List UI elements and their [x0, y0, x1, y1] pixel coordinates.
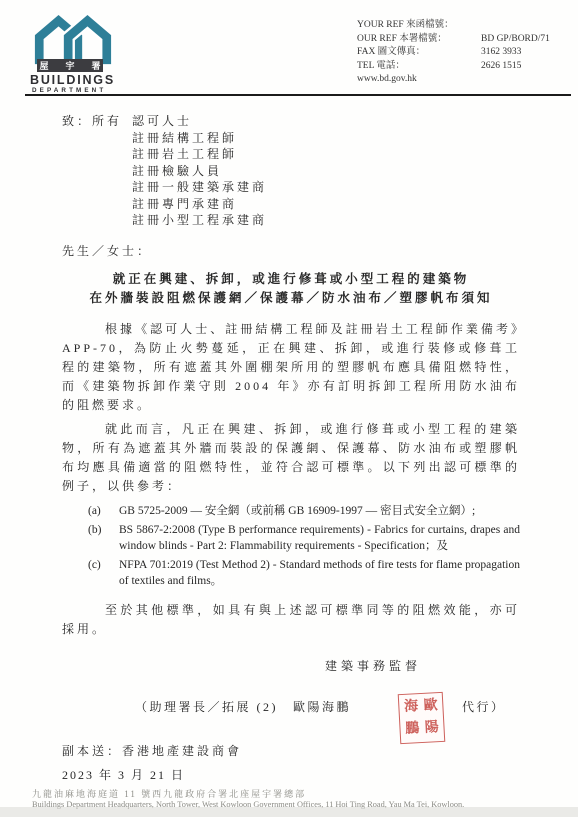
logo-english-line2: DEPARTMENT: [32, 87, 116, 94]
standard-label: (b): [88, 523, 119, 554]
paragraph-1: 根據《認可人士、註冊結構工程師及註冊岩土工程師作業備考》APP-70，為防止火勢…: [62, 320, 520, 415]
letter-page: 屋宇署 BUILDINGS DEPARTMENT YOUR REF 來函檔號： …: [0, 0, 578, 817]
recipient-item: 註冊小型工程承建商: [132, 212, 267, 229]
logo-chinese-text: 屋宇署: [39, 59, 117, 72]
ref-row-fax: FAX 圖文傳真： 3162 3933: [357, 46, 550, 60]
recipient-item: 註冊岩土工程師: [132, 146, 267, 163]
reference-block: YOUR REF 來函檔號： OUR REF 本署檔號： BD GP/BORD/…: [357, 19, 550, 87]
recipient-item: 註冊結構工程師: [132, 130, 267, 147]
paragraph-2: 就此而言，凡正在興建、拆卸，或進行修葺或小型工程的建築物，所有為遮蓋其外牆而裝設…: [62, 420, 520, 496]
ref-value: BD GP/BORD/71: [481, 33, 550, 47]
bd-houses-icon: [30, 12, 116, 66]
header-divider: [25, 94, 571, 96]
paragraph-3: 至於其他標準，如具有與上述認可標準同等的阻燃效能，亦可採用。: [62, 601, 520, 639]
ref-value: [481, 19, 550, 33]
seal-char: 陽: [422, 717, 443, 740]
seal-char: 鵬: [402, 718, 423, 741]
letter-title-line1: 就正在興建、拆卸，或進行修葺或小型工程的建築物: [62, 270, 520, 289]
building-authority-title: 建築事務監督: [325, 657, 520, 674]
ref-label: OUR REF 本署檔號：: [357, 33, 481, 47]
recipient-list: 認可人士 註冊結構工程師 註冊岩土工程師 註冊檢驗人員 註冊一般建築承建商 註冊…: [132, 113, 267, 229]
recipient-item: 註冊檢驗人員: [132, 163, 267, 180]
standard-text: NFPA 701:2019 (Test Method 2) - Standard…: [119, 558, 520, 589]
ref-label: YOUR REF 來函檔號：: [357, 19, 481, 33]
buildings-department-logo: 屋宇署 BUILDINGS DEPARTMENT: [30, 12, 116, 94]
standard-text: GB 5725-2009 — 安全網（或前稱 GB 16909-1997 — 密…: [119, 504, 475, 520]
standards-list: (a) GB 5725-2009 — 安全網（或前稱 GB 16909-1997…: [62, 504, 520, 590]
signature-row: （助理署長／拓展 (2) 歐陽海鵬 代行） 海 歐 鵬 陽: [135, 699, 520, 719]
address-chinese: 九龍油麻地海庭道 11 號西九龍政府合署北座屋宇署總部: [32, 789, 464, 799]
ref-row-our-ref: OUR REF 本署檔號： BD GP/BORD/71: [357, 33, 550, 47]
standard-label: (a): [88, 504, 119, 520]
ref-label: FAX 圖文傳真：: [357, 46, 481, 60]
standard-item-a: (a) GB 5725-2009 — 安全網（或前稱 GB 16909-1997…: [88, 504, 520, 520]
recipient-item: 註冊一般建築承建商: [132, 179, 267, 196]
letter-body: 致：所有 認可人士 註冊結構工程師 註冊岩土工程師 註冊檢驗人員 註冊一般建築承…: [62, 105, 520, 784]
seal-char: 海: [401, 696, 422, 719]
name-seal-stamp: 海 歐 鵬 陽: [398, 692, 446, 744]
logo-chinese-band: 屋宇署: [37, 59, 103, 72]
ref-label: TEL 電話：: [357, 60, 481, 74]
signature-suffix: 代行）: [462, 700, 506, 714]
signer-name: 歐陽海鵬: [293, 700, 351, 714]
letter-title: 就正在興建、拆卸，或進行修葺或小型工程的建築物 在外牆裝設阻燃保護網／保護幕／防…: [62, 270, 520, 308]
salutation: 先生／女士：: [62, 243, 520, 260]
letter-title-line2: 在外牆裝設阻燃保護網／保護幕／防水油布／塑膠帆布須知: [62, 289, 520, 308]
standard-item-b: (b) BS 5867-2:2008 (Type B performance r…: [88, 523, 520, 554]
ref-row-your-ref: YOUR REF 來函檔號：: [357, 19, 550, 33]
to-label: 致：所有: [62, 113, 122, 229]
recipient-item: 認可人士: [132, 113, 267, 130]
seal-char: 歐: [420, 695, 441, 718]
recipients-block: 致：所有 認可人士 註冊結構工程師 註冊岩土工程師 註冊檢驗人員 註冊一般建築承…: [62, 113, 520, 229]
scan-edge-band: [0, 807, 578, 817]
signature-prefix: （助理署長／拓展 (2): [135, 700, 278, 714]
ref-value: 3162 3933: [481, 46, 550, 60]
ref-value: 2626 1515: [481, 60, 550, 74]
recipient-item: 註冊專門承建商: [132, 196, 267, 213]
standard-label: (c): [88, 558, 119, 589]
date-line: 2023 年 3 月 21 日: [62, 767, 520, 784]
website-url: www.bd.gov.hk: [357, 73, 550, 87]
ref-row-tel: TEL 電話： 2626 1515: [357, 60, 550, 74]
logo-english-line1: BUILDINGS: [30, 73, 116, 87]
standard-text: BS 5867-2:2008 (Type B performance requi…: [119, 523, 520, 554]
cc-line: 副本送：香港地產建設商會: [62, 743, 520, 760]
standard-item-c: (c) NFPA 701:2019 (Test Method 2) - Stan…: [88, 558, 520, 589]
